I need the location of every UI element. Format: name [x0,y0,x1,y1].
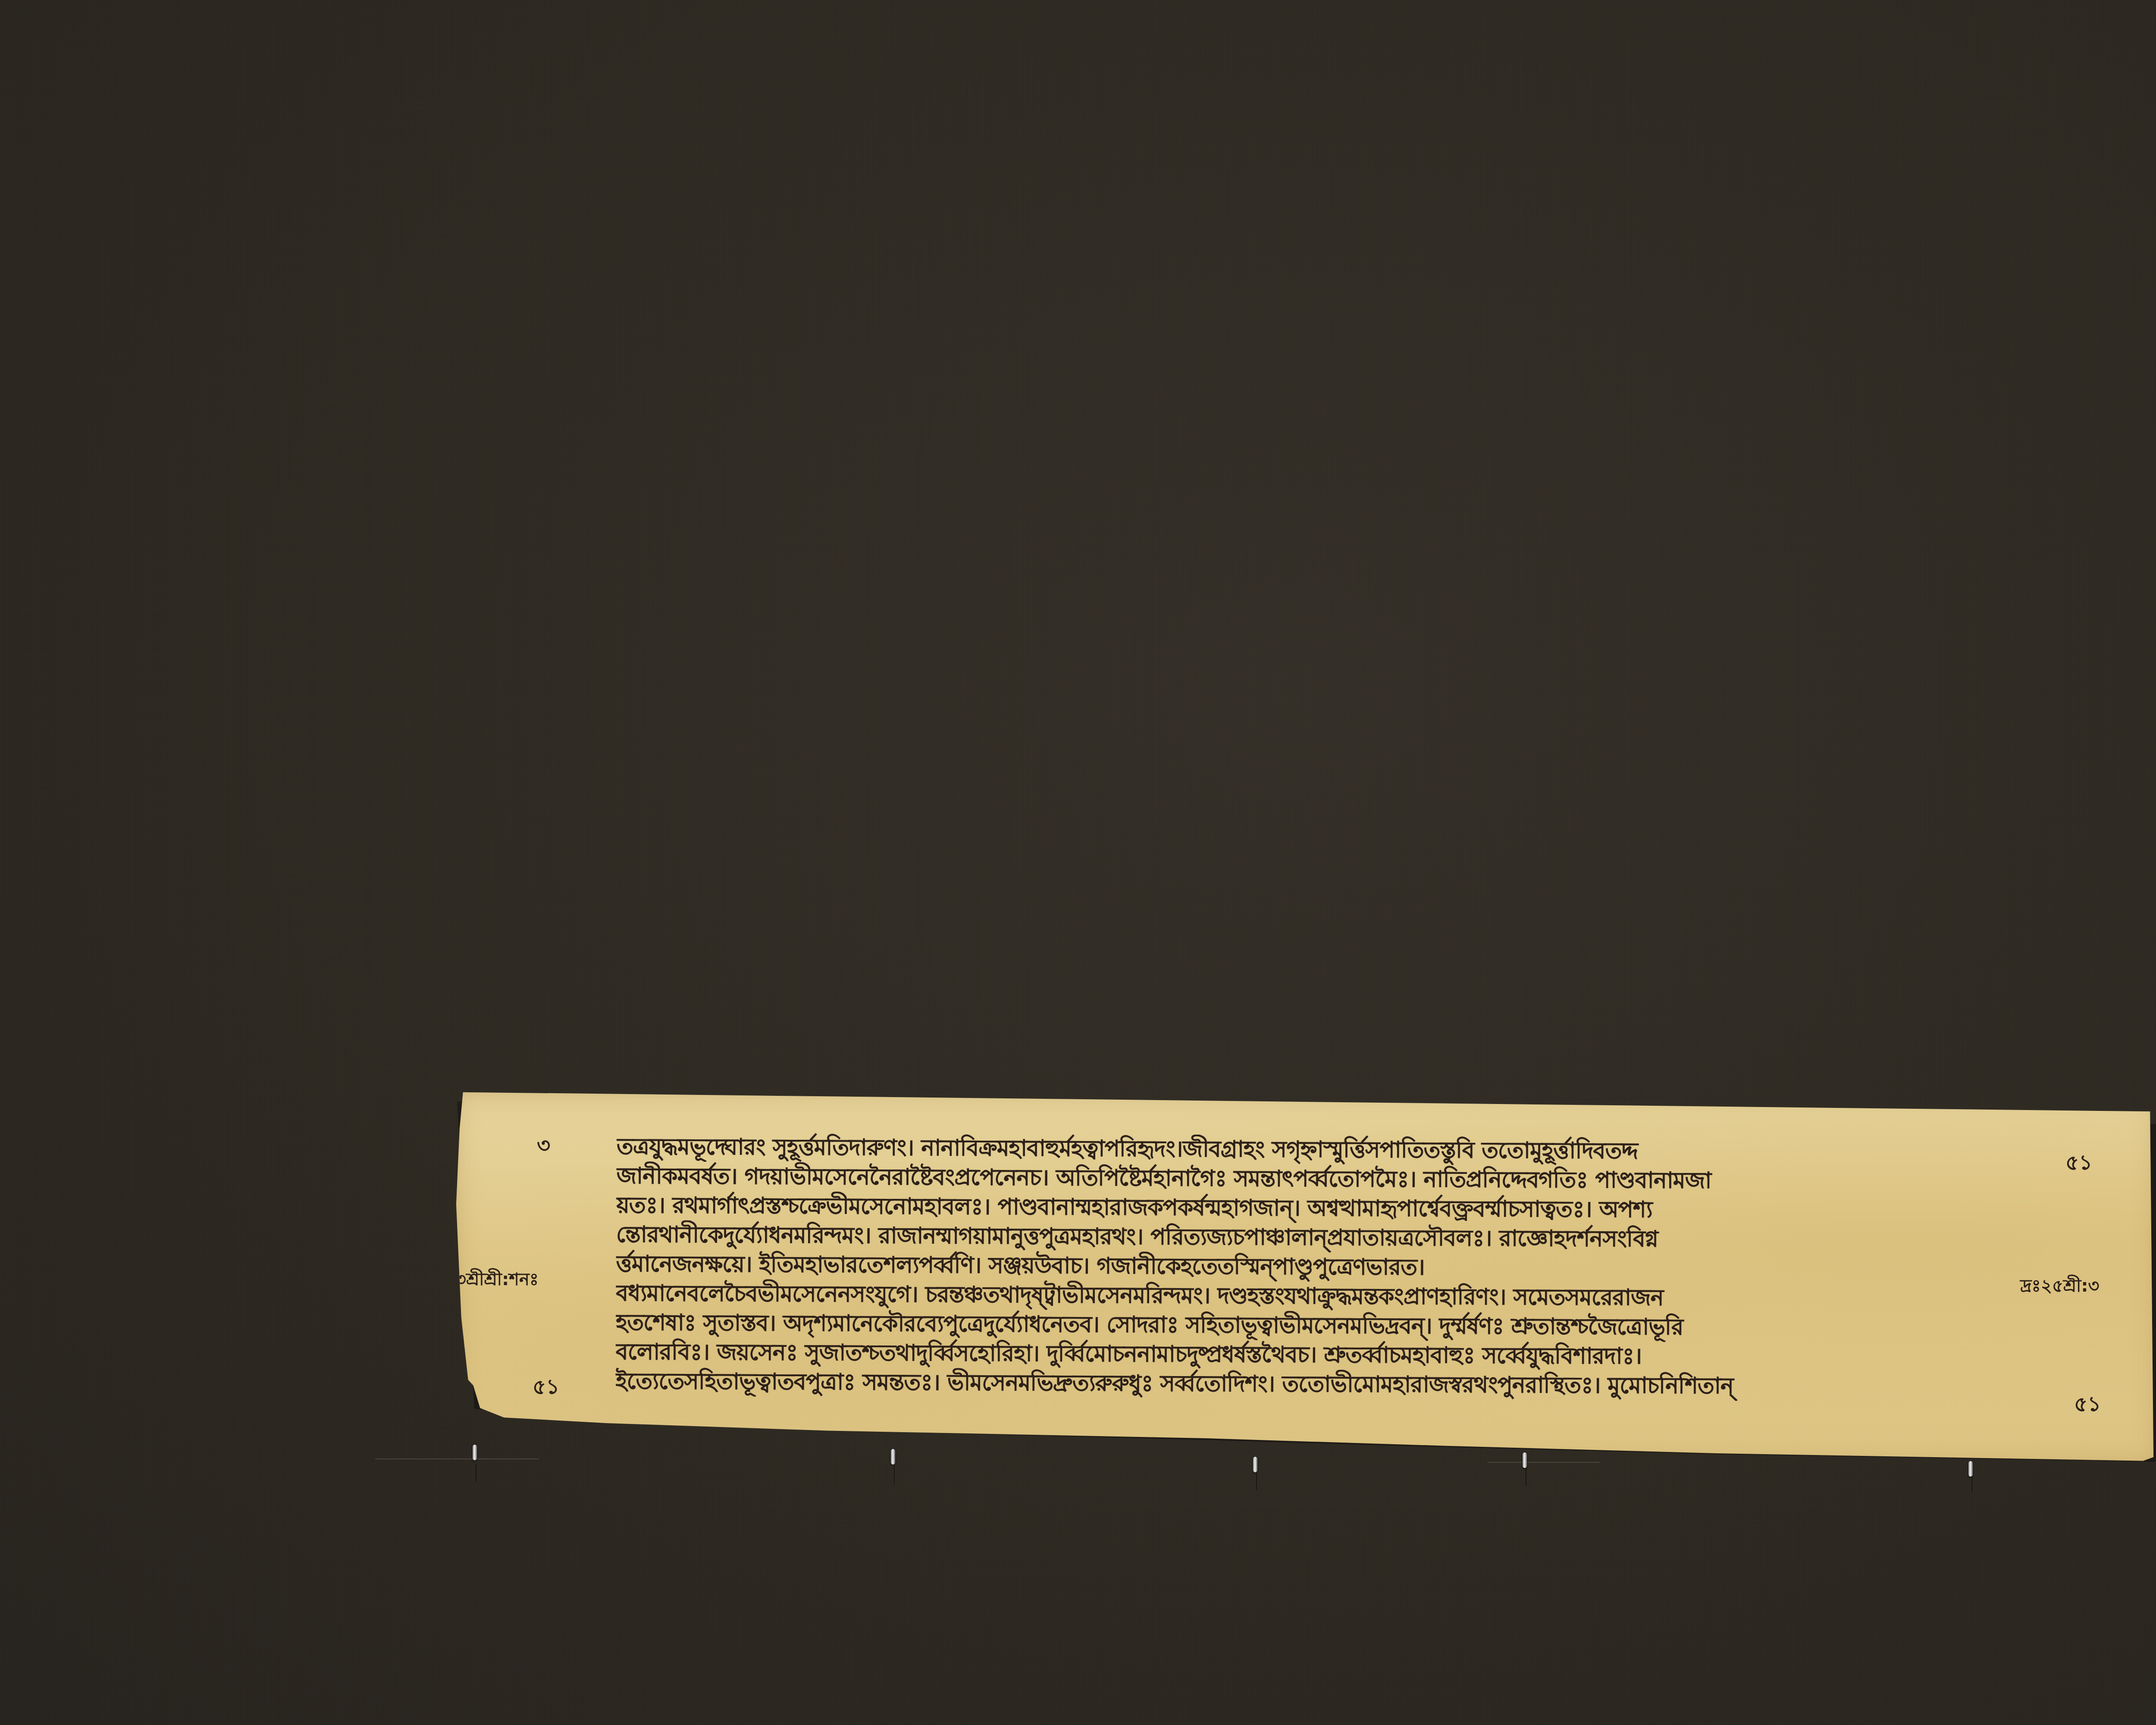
folio-number-bottom-right: ৫১ [2074,1389,2101,1423]
folio-number-top-right: ৫১ [2065,1147,2092,1181]
mounting-pin [1523,1452,1527,1468]
mounting-pin [891,1449,895,1465]
pin-shadow [1256,1473,1257,1490]
backdrop-thread [1488,1462,1600,1463]
mounting-pin [473,1445,477,1460]
folio-number-top-left: ৩ [537,1130,550,1164]
pin-shadow [1971,1475,1972,1492]
margin-note-left: ৩শ্রীশ্রী:শনঃ [455,1266,539,1295]
pin-shadow [1526,1468,1526,1486]
manuscript-leaf: ৩ ৩শ্রীশ্রী:শনঃ ৫১ ৫১ দ্রঃ২৫শ্রী:৩ ৫১ তত… [453,1091,2156,1468]
mounting-pin [1253,1457,1257,1472]
pin-shadow [894,1466,895,1483]
folio-number-bottom-left: ৫১ [533,1371,559,1405]
manuscript-text-block: তত্রযুদ্ধমভূদ্ঘোরং সুহূর্ত্তমতিদারুণং। ন… [615,1132,2040,1402]
manuscript-line: ইত্যেতেসহিতাভূত্বাতবপুত্রাঃ সমন্ততঃ। ভীম… [615,1367,2038,1402]
backdrop-thread [375,1458,539,1459]
pin-shadow [476,1464,476,1481]
mounting-pin [1968,1461,1973,1477]
backdrop [0,0,2156,1725]
